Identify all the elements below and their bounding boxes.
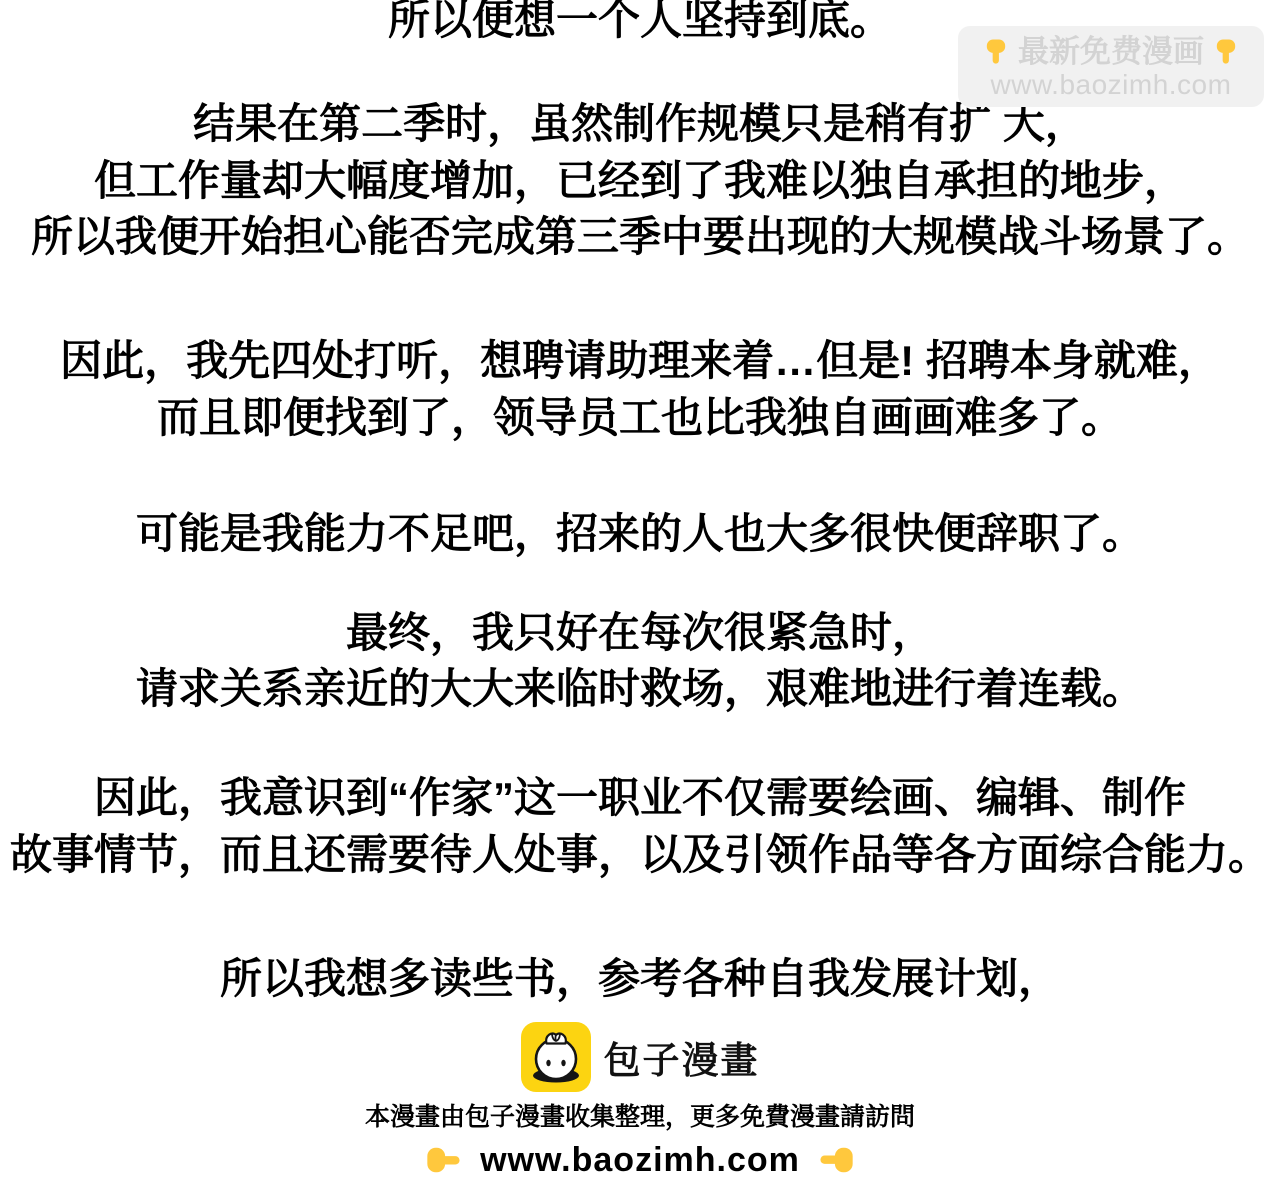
point-down-icon (981, 37, 1011, 67)
story-line: 结果在第二季时，虽然制作规模只是稍有扩 大， (0, 101, 1280, 147)
story-line: 因此，我先四处打听，想聘请助理来着…但是! 招聘本身就难， (0, 338, 1280, 384)
footer-notice: 本漫畫由包子漫畫收集整理，更多免費漫畫請訪問 (0, 1101, 1280, 1133)
baozi-logo-icon (521, 1022, 591, 1092)
brand-logo-row: 包子漫畫 (0, 1022, 1280, 1092)
story-line: 但工作量却大幅度增加，已经到了我难以独自承担的地步， (0, 158, 1280, 204)
comic-afterword-page: 所以便想一个人坚持到底。 结果在第二季时，虽然制作规模只是稍有扩 大， 但工作量… (0, 0, 1280, 1200)
site-watermark: 最新免费漫画 www.baozimh.com (958, 26, 1264, 107)
point-right-icon (424, 1140, 464, 1180)
footer-url-row: www.baozimh.com (0, 1140, 1280, 1180)
story-line: 最终，我只好在每次很紧急时， (0, 610, 1280, 656)
story-line: 因此，我意识到“作家”这一职业不仅需要绘画、编辑、制作 (0, 775, 1280, 821)
watermark-heading: 最新免费漫画 (1018, 34, 1204, 70)
site-url: www.baozimh.com (480, 1141, 800, 1180)
point-down-icon (1211, 37, 1241, 67)
story-line: 所以我便开始担心能否完成第三季中要出现的大规模战斗场景了。 (0, 214, 1280, 260)
watermark-heading-row: 最新免费漫画 (958, 34, 1264, 70)
point-left-icon (816, 1140, 856, 1180)
story-line: 而且即便找到了，领导员工也比我独自画画难多了。 (0, 395, 1280, 441)
brand-name: 包子漫畫 (604, 1030, 760, 1084)
story-line: 故事情节，而且还需要待人处事，以及引领作品等各方面综合能力。 (0, 832, 1280, 878)
story-line: 请求关系亲近的大大来临时救场，艰难地进行着连载。 (0, 666, 1280, 712)
watermark-url: www.baozimh.com (958, 70, 1264, 100)
story-line: 可能是我能力不足吧，招来的人也大多很快便辞职了。 (0, 511, 1280, 557)
story-line: 所以我想多读些书，参考各种自我发展计划， (0, 956, 1280, 1002)
